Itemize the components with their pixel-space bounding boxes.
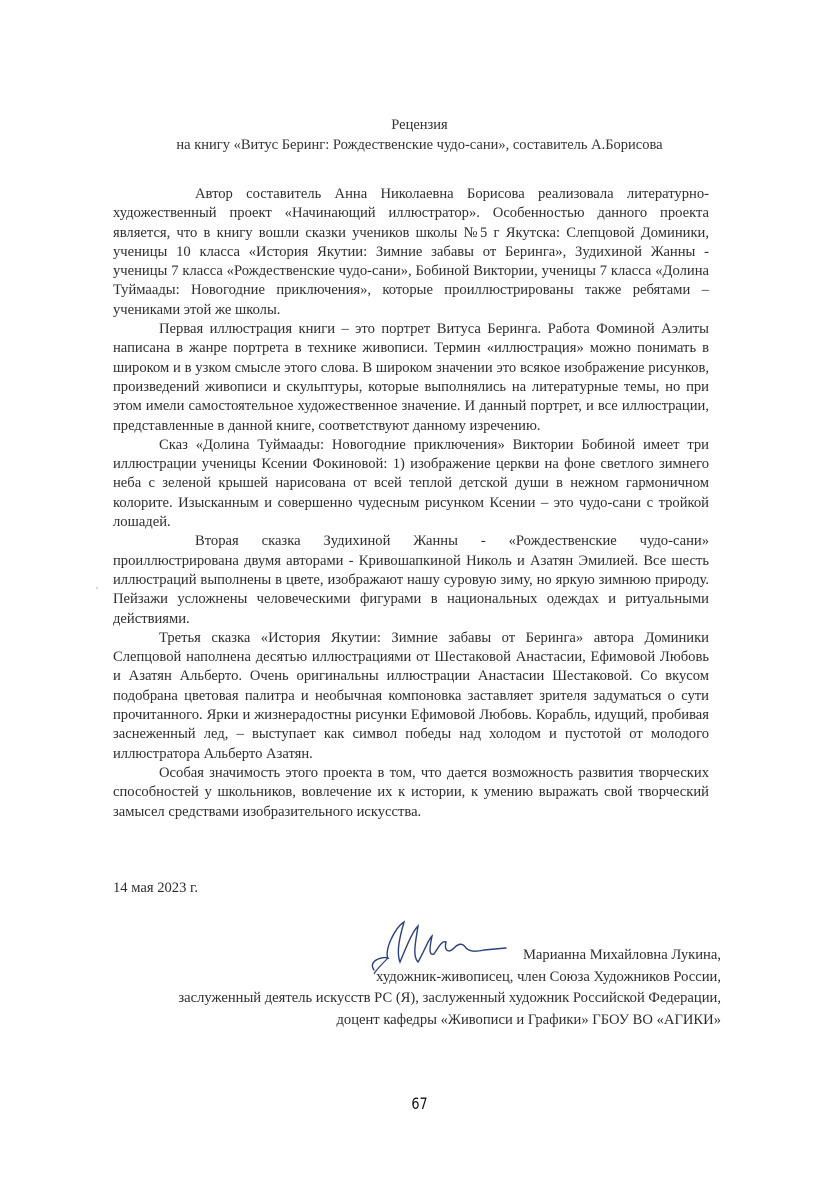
signature-block: Марианна Михайловна Лукина, художник-жив…: [178, 945, 721, 1031]
paragraph-third-tale: Третья сказка «История Якутии: Зимние за…: [113, 629, 709, 764]
review-body: Автор составитель Анна Николаевна Борисо…: [113, 185, 709, 822]
paragraph-first-illustration: Первая иллюстрация книги – это портрет В…: [113, 320, 709, 436]
signatory-honors: заслуженный деятель искусств РС (Я), зас…: [178, 988, 721, 1010]
review-date: 14 мая 2023 г.: [113, 880, 198, 897]
paragraph-intro: Автор составитель Анна Николаевна Борисо…: [113, 185, 709, 320]
review-title: Рецензия: [0, 117, 839, 134]
review-subtitle: на книгу «Витус Беринг: Рождественские ч…: [0, 137, 839, 154]
signatory-title: художник-живописец, член Союза Художнико…: [178, 967, 721, 989]
scan-speck: [96, 587, 98, 589]
signatory-position: доцент кафедры «Живописи и Графики» ГБОУ…: [178, 1010, 721, 1032]
signatory-name: Марианна Михайловна Лукина,: [178, 945, 721, 967]
document-page: Рецензия на книгу «Витус Беринг: Рождест…: [0, 0, 839, 1190]
paragraph-conclusion: Особая значимость этого проекта в том, ч…: [113, 764, 709, 822]
page-number: 67: [84, 1094, 755, 1113]
paragraph-second-tale: Вторая сказка Зудихиной Жанны - «Рождест…: [113, 532, 709, 628]
paragraph-tuymaada-tale: Сказ «Долина Туймаады: Новогодние приклю…: [113, 436, 709, 532]
